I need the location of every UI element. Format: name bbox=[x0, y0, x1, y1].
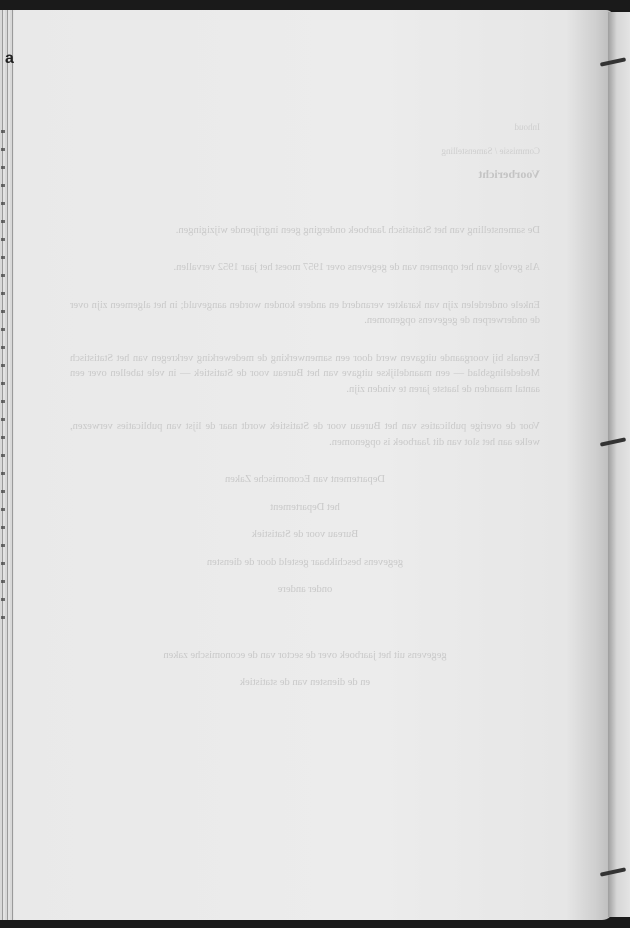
showthrough-closing: Departement van Economische Zaken bbox=[70, 472, 540, 488]
binder-strip bbox=[608, 12, 630, 917]
showthrough-footnote: en de diensten van de statistiek bbox=[70, 675, 540, 691]
showthrough-paragraph: Voor de overige publicaties van het Bure… bbox=[70, 419, 540, 450]
showthrough-closing: gegevens beschikbaar gesteld door de die… bbox=[70, 555, 540, 571]
showthrough-paragraph: Enkele onderdelen zijn van karakter vera… bbox=[70, 298, 540, 329]
handwritten-mark: a bbox=[5, 50, 14, 68]
showthrough-paragraph: Evenals bij voorgaande uitgaven werd doo… bbox=[70, 351, 540, 398]
showthrough-closing: Bureau voor de Statistiek bbox=[70, 527, 540, 543]
showthrough-paragraph: De samenstelling van het Statistisch Jaa… bbox=[70, 223, 540, 239]
showthrough-footnote: gegevens uit het jaarboek over de sector… bbox=[70, 648, 540, 664]
showthrough-title: Voorbericht bbox=[70, 167, 540, 183]
showthrough-header: Inhoud bbox=[70, 120, 540, 136]
binding-marks bbox=[1, 130, 5, 630]
bleed-through-text: Inhoud Commissie / Samenstelling Voorber… bbox=[70, 120, 540, 703]
showthrough-closing: het Departement bbox=[70, 500, 540, 516]
showthrough-closing: onder andere bbox=[70, 582, 540, 598]
showthrough-header: Commissie / Samenstelling bbox=[70, 144, 540, 160]
showthrough-paragraph: Als gevolg van het opnemen van de gegeve… bbox=[70, 260, 540, 276]
